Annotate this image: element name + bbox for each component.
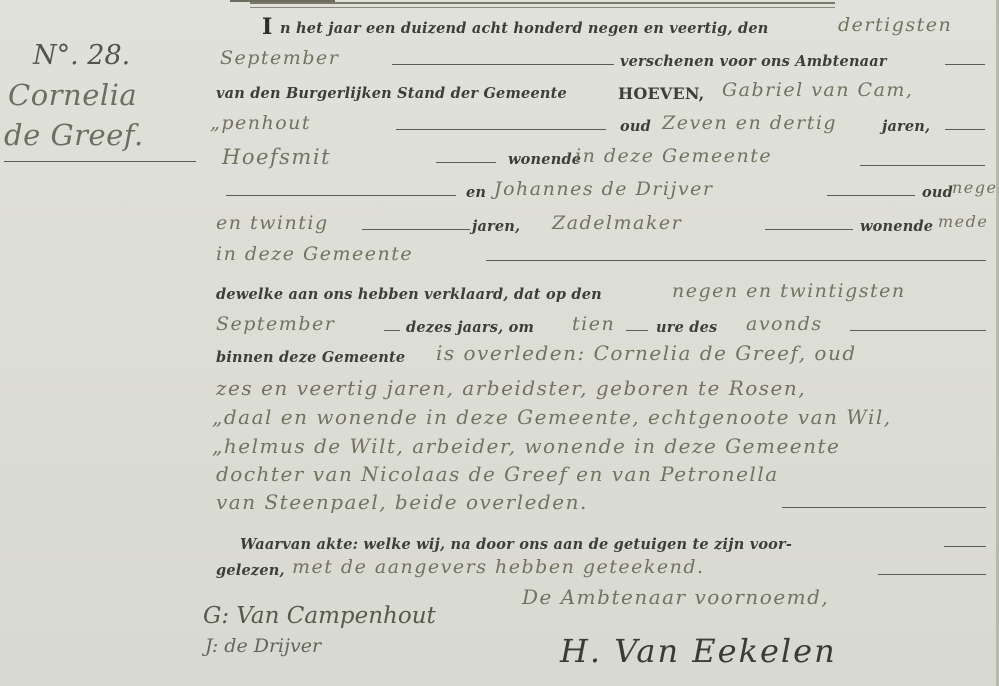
line-11: binnen deze Gemeente is overleden: Corne… [210, 343, 980, 373]
line-12: zes en veertig jaren, arbeidster, gebore… [210, 376, 980, 406]
handwritten-signing-note: met de aangevers hebben geteekend. [292, 556, 705, 578]
handwritten-name-cont: „penhout [210, 112, 311, 134]
line-2: September verschenen voor ons Ambtenaar [210, 47, 980, 77]
handwritten-text: dochter van Nicolaas de Greef en van Pet… [216, 462, 779, 486]
fill-line [384, 330, 400, 331]
printed-text: jaren, [472, 218, 520, 235]
line-1: I n het jaar een duizend acht honderd ne… [210, 14, 980, 44]
handwritten-time-of-day: avonds [746, 313, 823, 335]
drop-cap: I [262, 14, 272, 40]
handwritten-age: negen [952, 178, 999, 197]
signature-witness-1: G: Van Campenhout [203, 603, 436, 629]
line-5: Hoefsmit wonende in deze Gemeente [210, 145, 980, 175]
printed-text: jaren, [882, 118, 930, 135]
document-page: N°. 28. Cornelia de Greef. I n het jaar … [0, 0, 999, 686]
handwritten-occupation: Hoefsmit [222, 145, 331, 169]
handwritten-death-day: negen en twintigsten [672, 280, 906, 302]
handwritten-death-month: September [216, 313, 335, 335]
printed-text: wonende [860, 218, 933, 235]
printed-text: wonende [508, 151, 581, 168]
printed-text: gelezen, [216, 562, 285, 579]
line-16: van Steenpael, beide overleden. [210, 490, 980, 520]
margin-name-first: Cornelia [8, 78, 137, 112]
line-9: dewelke aan ons hebben verklaard, dat op… [210, 282, 980, 312]
handwritten-date: dertigsten [838, 14, 952, 36]
line-15: dochter van Nicolaas de Greef en van Pet… [210, 462, 980, 492]
fill-line [782, 507, 986, 508]
line-3: van den Burgerlijken Stand der Gemeente … [210, 79, 980, 109]
printed-text: oud [922, 184, 953, 201]
handwritten-mede: mede [938, 212, 988, 231]
printed-text: dewelke aan ons hebben verklaard, dat op… [216, 286, 602, 303]
printed-text: binnen deze Gemeente [216, 349, 405, 366]
printed-text: van den Burgerlijken Stand der Gemeente [216, 85, 567, 102]
fill-line [878, 574, 986, 575]
handwritten-text: „daal en wonende in deze Gemeente, echtg… [212, 405, 892, 429]
line-4: „penhout oud Zeven en dertig jaren, [210, 112, 980, 142]
fill-line [626, 330, 648, 331]
fill-line [945, 64, 985, 65]
handwritten-hour: tien [572, 313, 615, 335]
handwritten-occupation: Zadelmaker [552, 212, 682, 234]
printed-text: ure des [656, 319, 717, 336]
line-10: September dezes jaars, om tien ure des a… [210, 313, 980, 343]
printed-text: dezes jaars, om [406, 319, 534, 336]
line-7: en twintig jaren, Zadelmaker wonende med… [210, 212, 980, 242]
margin-name-last: de Greef. [4, 118, 144, 152]
fill-line [396, 129, 606, 130]
handwritten-declarant-name: Gabriel van Cam, [722, 79, 913, 101]
municipality-name: HOEVEN, [618, 84, 704, 103]
printed-text: n het jaar een duizend acht honderd nege… [280, 20, 769, 37]
handwritten-deceased: is overleden: Cornelia de Greef, oud [436, 341, 857, 365]
line-14: „helmus de Wilt, arbeider, wonende in de… [210, 434, 980, 464]
line-18: gelezen, met de aangevers hebben geteeke… [210, 556, 980, 586]
fill-line [827, 195, 915, 196]
printed-text: en [466, 184, 486, 201]
printed-text: verschenen voor ons Ambtenaar [620, 53, 887, 70]
handwritten-witness-name: Johannes de Drijver [494, 178, 713, 200]
record-number: N°. 28. [33, 40, 130, 71]
signature-official: H. Van Eekelen [560, 632, 837, 670]
fill-line [392, 64, 614, 65]
top-border-double-rule [250, 2, 835, 8]
handwritten-month: September [220, 47, 339, 69]
fill-line [765, 229, 853, 230]
handwritten-official-title: De Ambtenaar voornoemd, [522, 585, 829, 609]
signature-witness-2: J: de Drijver [205, 635, 321, 657]
fill-line [436, 162, 496, 163]
printed-text: oud [620, 118, 651, 135]
line-13: „daal en wonende in deze Gemeente, echtg… [210, 405, 980, 435]
line-8: in deze Gemeente [210, 243, 980, 273]
fill-line [362, 229, 470, 230]
handwritten-text: zes en veertig jaren, arbeidster, gebore… [216, 376, 806, 400]
fill-line [860, 165, 985, 166]
handwritten-residence: in deze Gemeente [575, 145, 772, 167]
margin-underline [4, 161, 196, 162]
fill-line [944, 546, 986, 547]
handwritten-text: „helmus de Wilt, arbeider, wonende in de… [212, 434, 840, 458]
fill-line [945, 129, 985, 130]
handwritten-age: Zeven en dertig [662, 112, 837, 134]
handwritten-residence: in deze Gemeente [216, 243, 413, 265]
handwritten-text: van Steenpael, beide overleden. [216, 490, 588, 514]
fill-line [486, 260, 986, 261]
handwritten-age-cont: en twintig [216, 212, 329, 234]
fill-line [226, 195, 456, 196]
printed-text: Waarvan akte: welke wij, na door ons aan… [240, 536, 792, 553]
fill-line [850, 330, 986, 331]
line-6: en Johannes de Drijver oud negen [210, 178, 980, 208]
